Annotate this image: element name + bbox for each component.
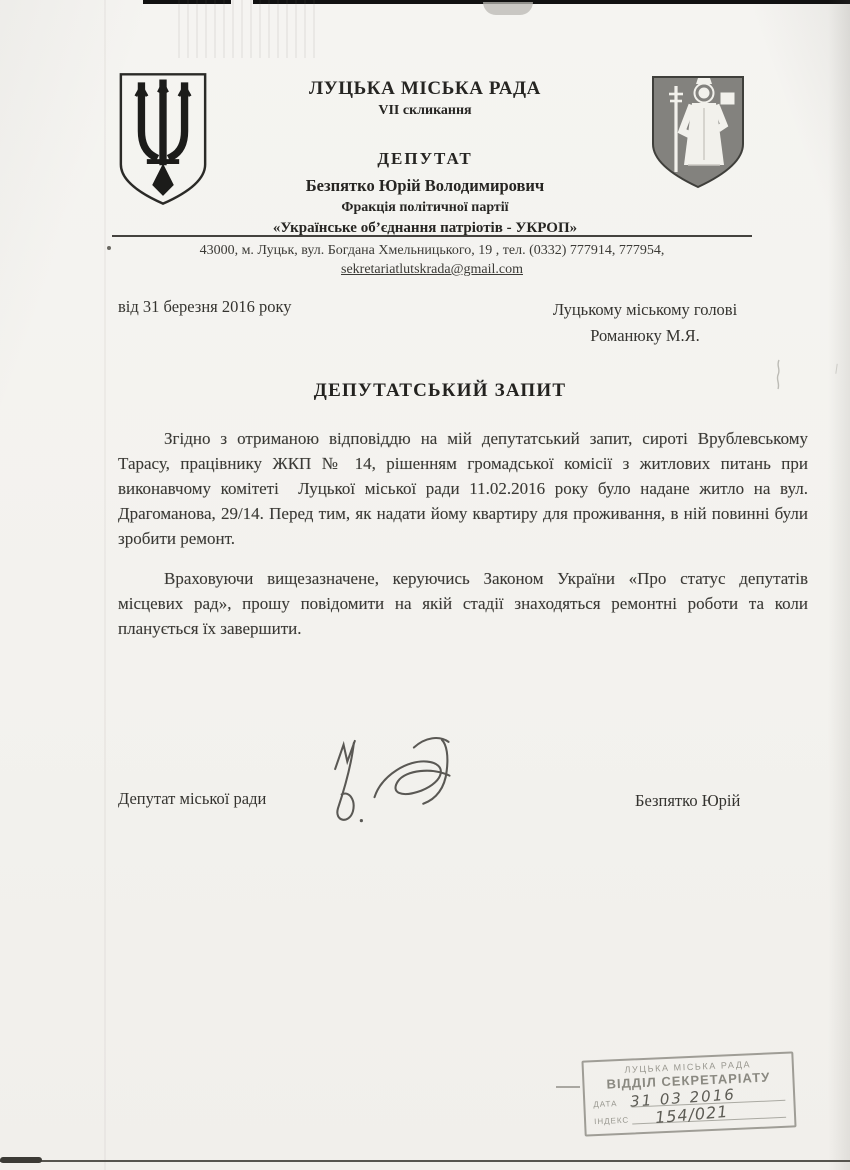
convocation-line: VII скликання xyxy=(205,103,645,119)
lutsk-coat-of-arms-icon xyxy=(648,74,748,190)
addressee-title: Луцькому міському голові xyxy=(538,297,752,323)
signatory-name: Безпятко Юрій xyxy=(635,791,740,811)
organization-name: ЛУЦЬКА МІСЬКА РАДА xyxy=(205,78,645,100)
scan-artifact-streaks xyxy=(178,0,318,58)
body-paragraph-1: Згідно з отриманою відповіддю на мій деп… xyxy=(118,426,808,551)
scan-edge-shadow xyxy=(828,0,850,1170)
signatory-position: Депутат міської ради xyxy=(118,789,266,809)
addressee-name: Романюку М.Я. xyxy=(538,323,752,349)
stamp-date-label: ДАТА xyxy=(593,1099,631,1110)
letterhead: ЛУЦЬКА МІСЬКА РАДА VII скликання ДЕПУТАТ… xyxy=(205,78,645,237)
pencil-mark xyxy=(772,358,784,392)
scan-artifact-top-strip xyxy=(253,0,850,4)
document-title: ДЕПУТАТСЬКИЙ ЗАПИТ xyxy=(118,380,762,402)
role-title: ДЕПУТАТ xyxy=(205,149,645,169)
scan-artifact-bump xyxy=(483,2,533,15)
contact-block: 43000, м. Луцьк, вул. Богдана Хмельницьк… xyxy=(110,241,754,279)
addressee-block: Луцькому міському голові Романюку М.Я. xyxy=(538,297,752,349)
trident-emblem-icon xyxy=(114,70,212,208)
pen-dash-mark xyxy=(556,1086,580,1088)
header-divider-line xyxy=(112,235,752,237)
body-paragraph-2: Враховуючи вищезазначене, керуючись Зако… xyxy=(118,566,808,641)
deputy-name: Безпятко Юрій Володимирович xyxy=(205,176,645,196)
document-date: від 31 березня 2016 року xyxy=(118,297,292,317)
scan-artifact-blob xyxy=(0,1157,42,1163)
email-address: sekretariatlutskrada@gmail.com xyxy=(341,262,523,277)
faction-line1: Фракція політичної партії xyxy=(205,200,645,216)
scan-artifact-bottom-line xyxy=(0,1160,850,1162)
stamp-index-label: ІНДЕКС xyxy=(594,1116,632,1127)
scanned-letter-page: ЛУЦЬКА МІСЬКА РАДА VII скликання ДЕПУТАТ… xyxy=(0,0,850,1170)
paper-crease xyxy=(104,0,106,1170)
postal-address: 43000, м. Луцьк, вул. Богдана Хмельницьк… xyxy=(200,243,665,258)
signature-icon xyxy=(322,733,472,837)
